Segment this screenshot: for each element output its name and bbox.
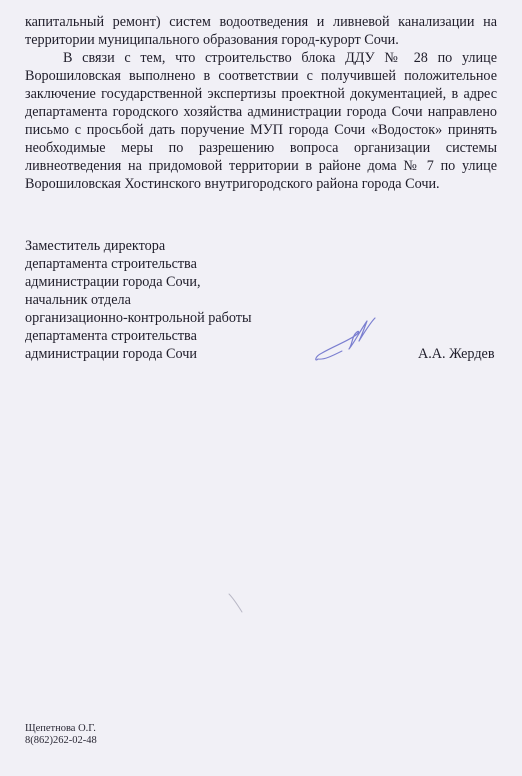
handwritten-signature-icon	[312, 315, 382, 365]
paragraph2-line-3: заключение государственной экспертизы пр…	[25, 85, 497, 103]
paragraph2-line-5: письмо с просьбой дать поручение МУП гор…	[25, 121, 497, 139]
signatory-title-line: организационно-контрольной работы	[25, 309, 252, 327]
signatory-title-line: департамента строительства	[25, 327, 197, 345]
paragraph2-line-1: В связи с тем, что строительство блока Д…	[25, 49, 497, 67]
paragraph2-line-6: необходимые меры по разрешению вопроса о…	[25, 139, 497, 157]
signatory-title-line: департамента строительства	[25, 255, 197, 273]
signatory-title-line: администрации города Сочи	[25, 345, 197, 363]
paragraph2-line-2: Ворошиловская выполнено в соответствии с…	[25, 67, 497, 85]
paragraph2-line-8: Ворошиловская Хостинского внутригородско…	[25, 175, 497, 193]
signatory-name: А.А. Жердев	[418, 345, 495, 363]
paragraph1-line-1: капитальный ремонт) систем водоотведения…	[25, 13, 497, 31]
signatory-title-line: начальник отдела	[25, 291, 131, 309]
signatory-title-line: администрации города Сочи,	[25, 273, 201, 291]
paragraph1-line-2: территории муниципального образования го…	[25, 31, 497, 49]
paragraph2-line-4: департамента городского хозяйства админи…	[25, 103, 497, 121]
document-page: ​ капитальный ремонт) систем водоотведен…	[0, 0, 522, 776]
signatory-title-line: Заместитель директора	[25, 237, 165, 255]
paragraph2-line-7: ливнеотведения на придомовой территории …	[25, 157, 497, 175]
pen-mark-icon	[225, 590, 250, 620]
executor-name: Щепетнова О.Г.	[25, 723, 96, 735]
executor-phone: 8(862)262-02-48	[25, 735, 97, 747]
